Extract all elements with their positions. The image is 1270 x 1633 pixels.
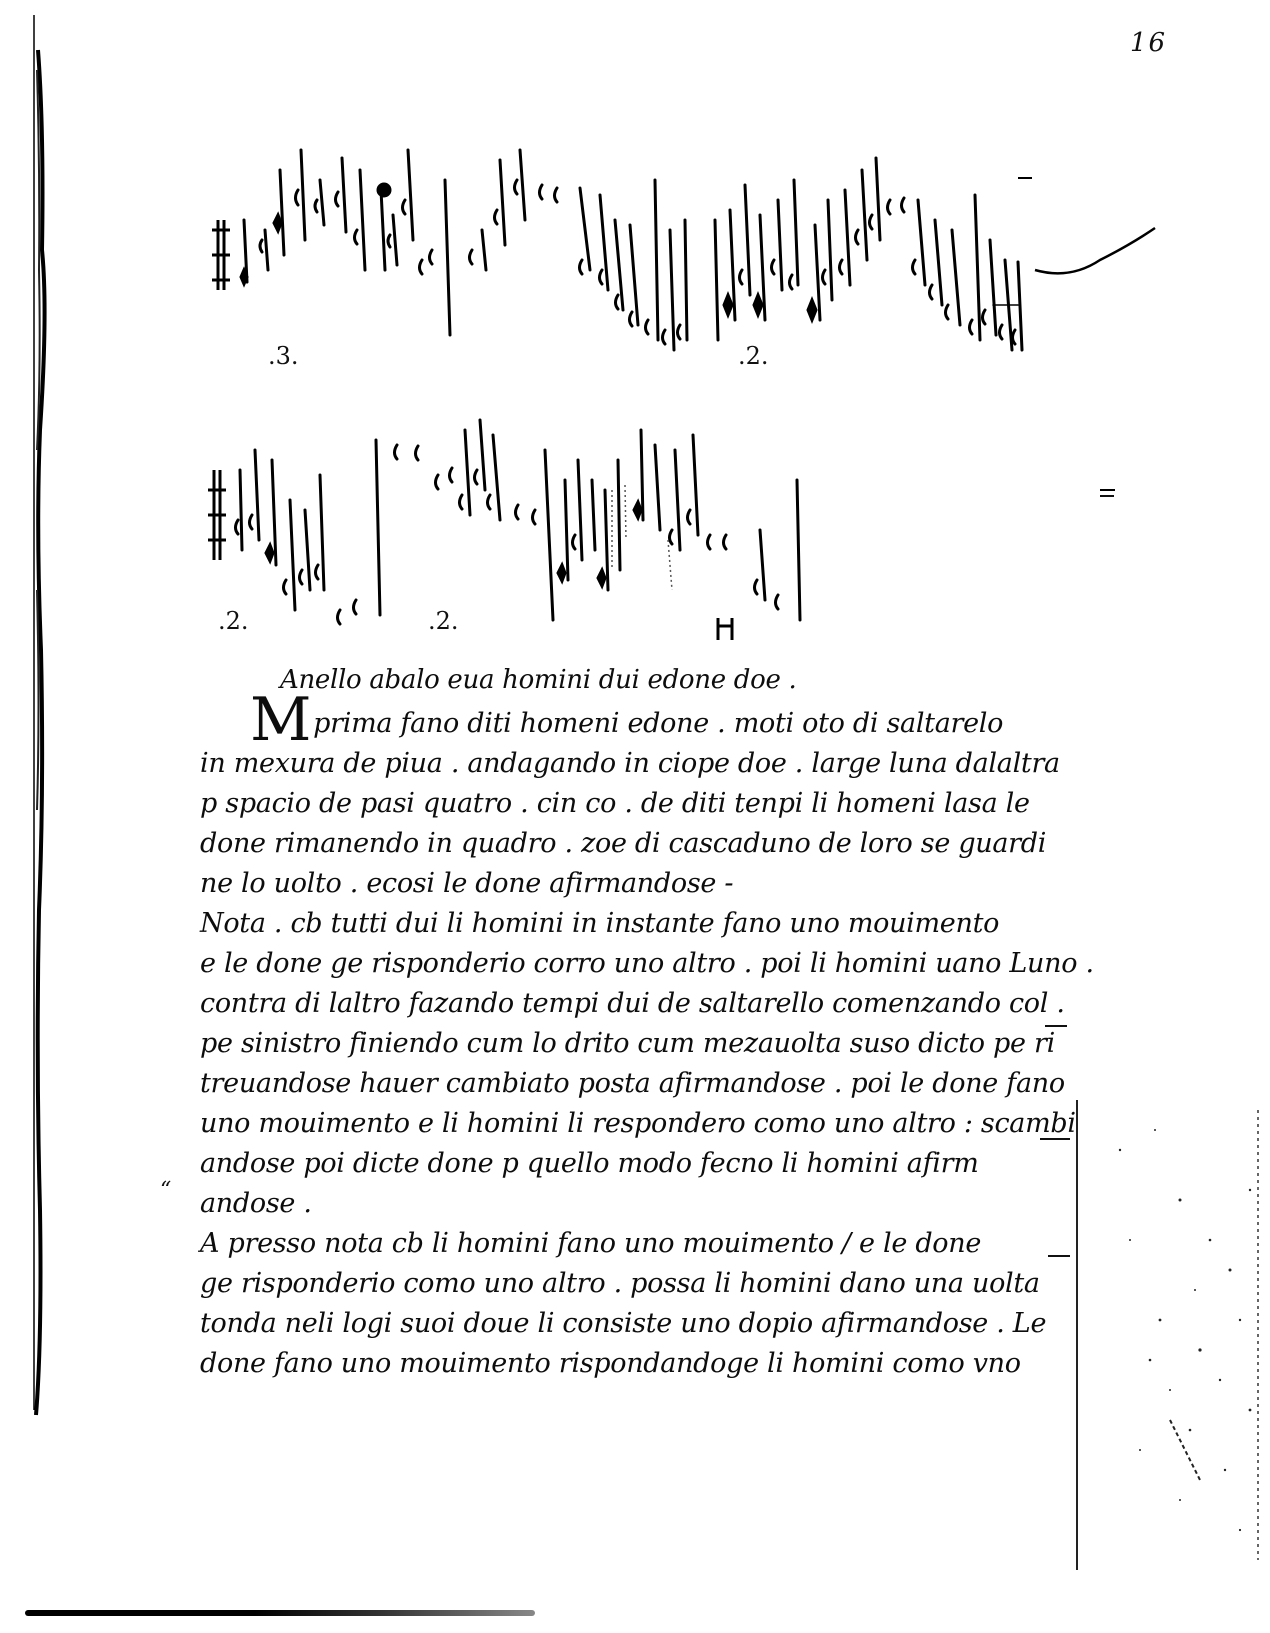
text-line: Mprima fano diti homeni edone . moti oto… — [200, 700, 1060, 744]
beat-mark: .3. — [268, 342, 299, 370]
text-line: uno mouimento e li homini li respondero … — [200, 1104, 1060, 1144]
text-line: ne lo uolto . ecosi le done afirmandose … — [200, 864, 1060, 904]
text-line: e le done ge risponderio corro uno altro… — [200, 944, 1060, 984]
text-line: tonda neli logi suoi doue li consiste un… — [200, 1304, 1060, 1344]
text-line: contra di laltro fazando tempi dui de sa… — [200, 984, 1060, 1024]
scan-noise — [1100, 1090, 1270, 1570]
text-line: andose . — [200, 1184, 1060, 1224]
beat-mark: .2. — [738, 342, 769, 370]
beat-mark: .2. — [218, 607, 249, 635]
mensuration-sign-icon — [208, 470, 226, 560]
text-line: ge risponderio como uno altro . possa li… — [200, 1264, 1060, 1304]
margin-dash — [1040, 1138, 1070, 1140]
margin-dash — [1045, 1025, 1067, 1027]
margin-dash — [1048, 1255, 1070, 1257]
text-line: in mexura de piua . andagando in ciope d… — [200, 744, 1060, 784]
final-longa-icon — [718, 618, 732, 640]
mensuration-sign-icon — [212, 220, 230, 290]
music-staff-1 — [200, 120, 1160, 360]
manuscript-page: 16 — [0, 0, 1270, 1633]
ruling-line — [1076, 1100, 1078, 1570]
text-line: A presso nota cb li homini fano uno moui… — [200, 1224, 1060, 1264]
text-line: andose poi dicte done p quello modo fecn… — [200, 1144, 1060, 1184]
dance-description: Anello abalo eua homini dui edone doe . … — [200, 660, 1060, 1384]
paragraph-mark: “ — [160, 1178, 171, 1203]
music-staff-2 — [200, 390, 1160, 640]
text-line: pe sinistro finiendo cum lo drito cum me… — [200, 1024, 1060, 1064]
beat-mark: .2. — [428, 607, 459, 635]
text-line: done fano uno mouimento rispondandoge li… — [200, 1344, 1060, 1384]
text-line: p spacio de pasi quatro . cin co . de di… — [200, 784, 1060, 824]
text-line: Nota . cb tutti dui li homini in instant… — [200, 904, 1060, 944]
folio-number: 16 — [1130, 28, 1167, 58]
dance-title: Anello abalo eua homini dui edone doe . — [200, 660, 1060, 700]
scan-edge-shadow — [25, 1610, 535, 1616]
text-line: done rimanendo in quadro . zoe di cascad… — [200, 824, 1060, 864]
binding-edge — [28, 10, 48, 1420]
text-line: treuandose hauer cambiato posta afirmand… — [200, 1064, 1060, 1104]
margin-dash — [1100, 495, 1114, 497]
